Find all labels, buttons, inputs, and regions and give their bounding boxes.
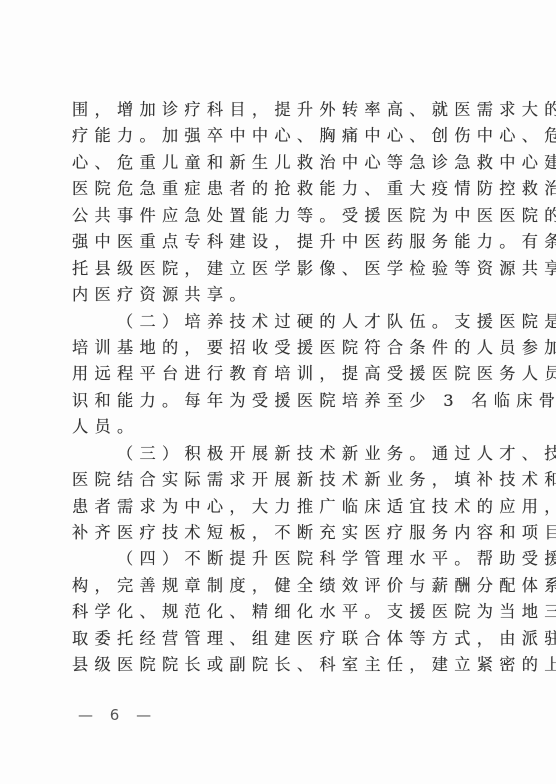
text-line: 患者需求为中心，大力推广临床适宜技术的应用，突破薄弱环节，	[72, 494, 480, 520]
text-line: 围，增加诊疗科目，提升外转率高、就医需求大的常见病、多发病诊	[72, 97, 480, 123]
page-number: — 6 —	[78, 706, 157, 724]
body-text: 围，增加诊疗科目，提升外转率高、就医需求大的常见病、多发病诊 疗能力。加强卒中中…	[72, 97, 480, 679]
text-line: 强中医重点专科建设，提升中医药服务能力。有条件的县可以依	[72, 229, 480, 255]
text-line: 构，完善规章制度，健全绩效评价与薪酬分配体系，提高医院管理	[72, 573, 480, 599]
text-line: 补齐医疗技术短板，不断充实医疗服务内容和项目。	[72, 520, 480, 546]
text-line: 疗能力。加强卒中中心、胸痛中心、创伤中心、危重孕产妇救治中	[72, 123, 480, 149]
section-heading-line: （三）积极开展新技术新业务。通过人才、技术下沉，帮助受援	[72, 441, 480, 467]
text-line: 内医疗资源共享。	[72, 282, 480, 308]
text-line: 用远程平台进行教育培训，提高受援医院医务人员主动学习的意	[72, 361, 480, 387]
text-line: 识和能力。每年为受援医院培养至少 3 名临床骨干医师或医技	[72, 388, 480, 414]
text-line: 医院结合实际需求开展新技术新业务，填补技术和业务空白。以	[72, 467, 480, 493]
document-page: 围，增加诊疗科目，提升外转率高、就医需求大的常见病、多发病诊 疗能力。加强卒中中…	[0, 0, 556, 784]
section-heading-line: （二）培养技术过硬的人才队伍。支援医院是住院医师规范化	[72, 309, 480, 335]
text-line: 科学化、规范化、精细化水平。支援医院为当地三级医院的，可采	[72, 599, 480, 625]
text-line: 医院危急重症患者的抢救能力、重大疫情防控救治能力、重大突发	[72, 176, 480, 202]
text-line: 公共事件应急处置能力等。受援医院为中医医院的，要帮助其加	[72, 203, 480, 229]
text-line: 托县级医院，建立医学影像、医学检验等资源共享中心，促进县域	[72, 256, 480, 282]
text-line: 培训基地的，要招收受援医院符合条件的人员参加培训。充分利	[72, 335, 480, 361]
text-line: 县级医院院长或副院长、科室主任，建立紧密的上下联动机制。	[72, 652, 480, 678]
text-line: 心、危重儿童和新生儿救治中心等急诊急救中心建设。提升受援	[72, 150, 480, 176]
text-line: 人员。	[72, 414, 480, 440]
section-heading-line: （四）不断提升医院科学管理水平。帮助受援医院优化管理架	[72, 546, 480, 572]
text-line: 取委托经营管理、组建医疗联合体等方式，由派驻人员担任受援县	[72, 626, 480, 652]
